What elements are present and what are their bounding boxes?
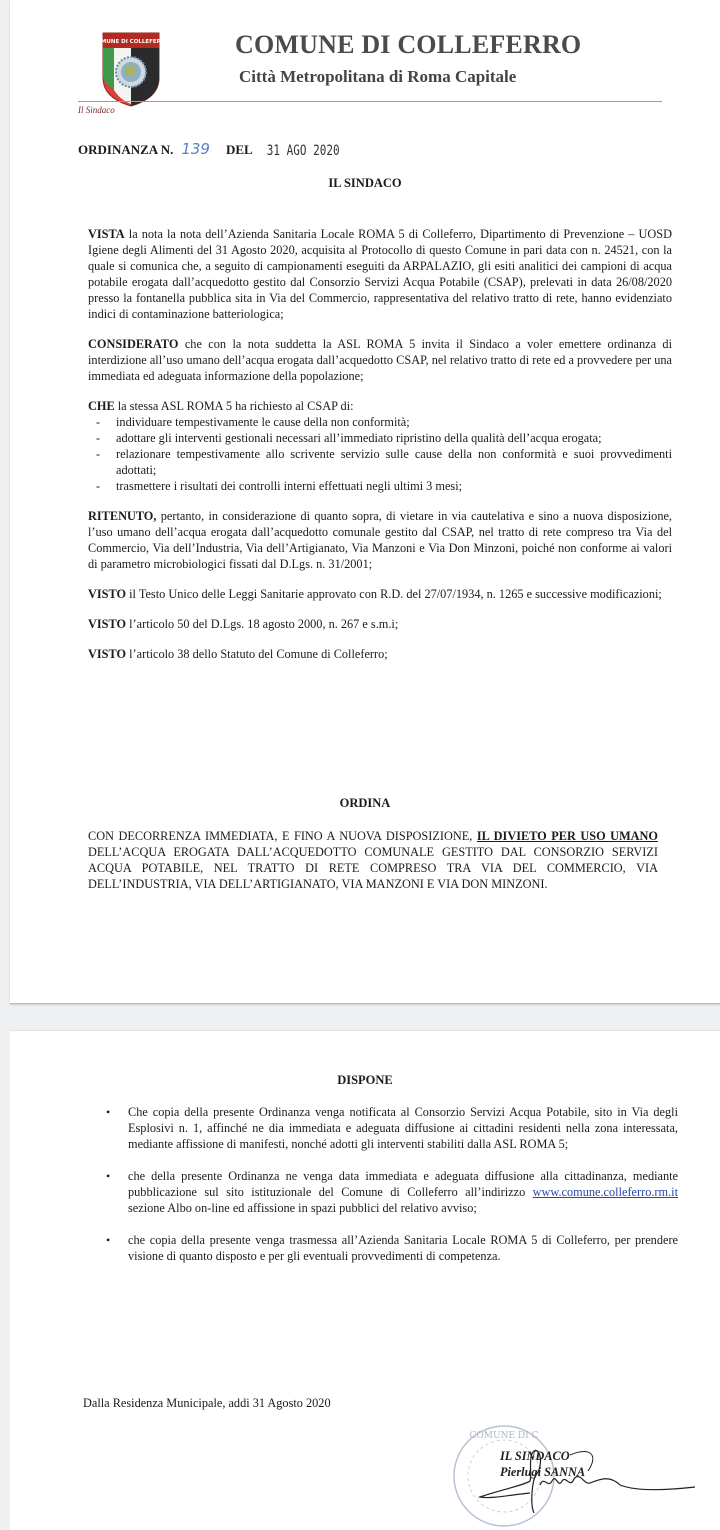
list-item: adottare gli interventi gestionali neces… [88,430,672,446]
dispone-body: Che copia della presente Ordinanza venga… [78,1104,678,1280]
ordinance-date-stamp: 31 AGO 2020 [267,142,340,158]
place-and-date: Dalla Residenza Municipale, addi 31 Agos… [83,1396,331,1411]
paragraph-vista: VISTA la nota la nota dell’Azienda Sanit… [88,226,672,322]
dispone-list: Che copia della presente Ordinanza venga… [78,1104,678,1264]
svg-text:COMUNE DI COLLEFERRO: COMUNE DI COLLEFERRO [100,39,162,45]
heading-il-sindaco: IL SINDACO [10,176,720,191]
paragraph-visto-art50: VISTO l’articolo 50 del D.Lgs. 18 agosto… [88,616,672,632]
paragraph-ritenuto: RITENUTO, pertanto, in considerazione di… [88,508,672,572]
paragraph-considerato: CONSIDERATO che con la nota suddetta la … [88,336,672,384]
preamble-body: VISTA la nota la nota dell’Azienda Sanit… [88,226,672,676]
document-page-1: COMUNE DI COLLEFERRO COMUNE DI COLLEFERR… [10,0,720,1004]
list-item: Che copia della presente Ordinanza venga… [78,1104,678,1152]
paragraph-visto-testo-unico: VISTO il Testo Unico delle Leggi Sanitar… [88,586,672,602]
list-item: che della presente Ordinanza ne venga da… [78,1168,678,1216]
list-item: che copia della presente venga trasmessa… [78,1232,678,1264]
office-label: Il Sindaco [78,105,115,115]
municipality-title: COMUNE DI COLLEFERRO [235,30,581,60]
municipal-crest-icon: COMUNE DI COLLEFERRO [100,30,162,108]
signature-icon [470,1445,700,1515]
header-divider [78,101,662,102]
ordinance-label: ORDINANZA N. [78,142,173,158]
ordinance-del-label: DEL [226,142,253,158]
list-item: relazionare tempestivamente allo scriven… [88,446,672,478]
ordina-body: CON DECORRENZA IMMEDIATA, E FINO A NUOVA… [88,828,658,892]
che-request-list: individuare tempestivamente le cause del… [88,414,672,494]
ordinance-number: 139 [181,140,210,158]
heading-ordina: ORDINA [10,796,720,811]
ban-emphasis: IL DIVIETO PER USO UMANO [477,829,658,843]
paragraph-che: CHE la stessa ASL ROMA 5 ha richiesto al… [88,398,672,494]
ordinance-line: ORDINANZA N. 139 DEL 31 AGO 2020 [78,140,340,158]
paragraph-visto-art38: VISTO l’articolo 38 dello Statuto del Co… [88,646,672,662]
svg-text:COMUNE DI C: COMUNE DI C [470,1431,539,1441]
municipality-subtitle: Città Metropolitana di Roma Capitale [239,67,516,87]
list-item: trasmettere i risultati dei controlli in… [88,478,672,494]
list-item: individuare tempestivamente le cause del… [88,414,672,430]
heading-dispone: DISPONE [10,1073,720,1088]
website-link[interactable]: www.comune.colleferro.rm.it [533,1185,678,1199]
